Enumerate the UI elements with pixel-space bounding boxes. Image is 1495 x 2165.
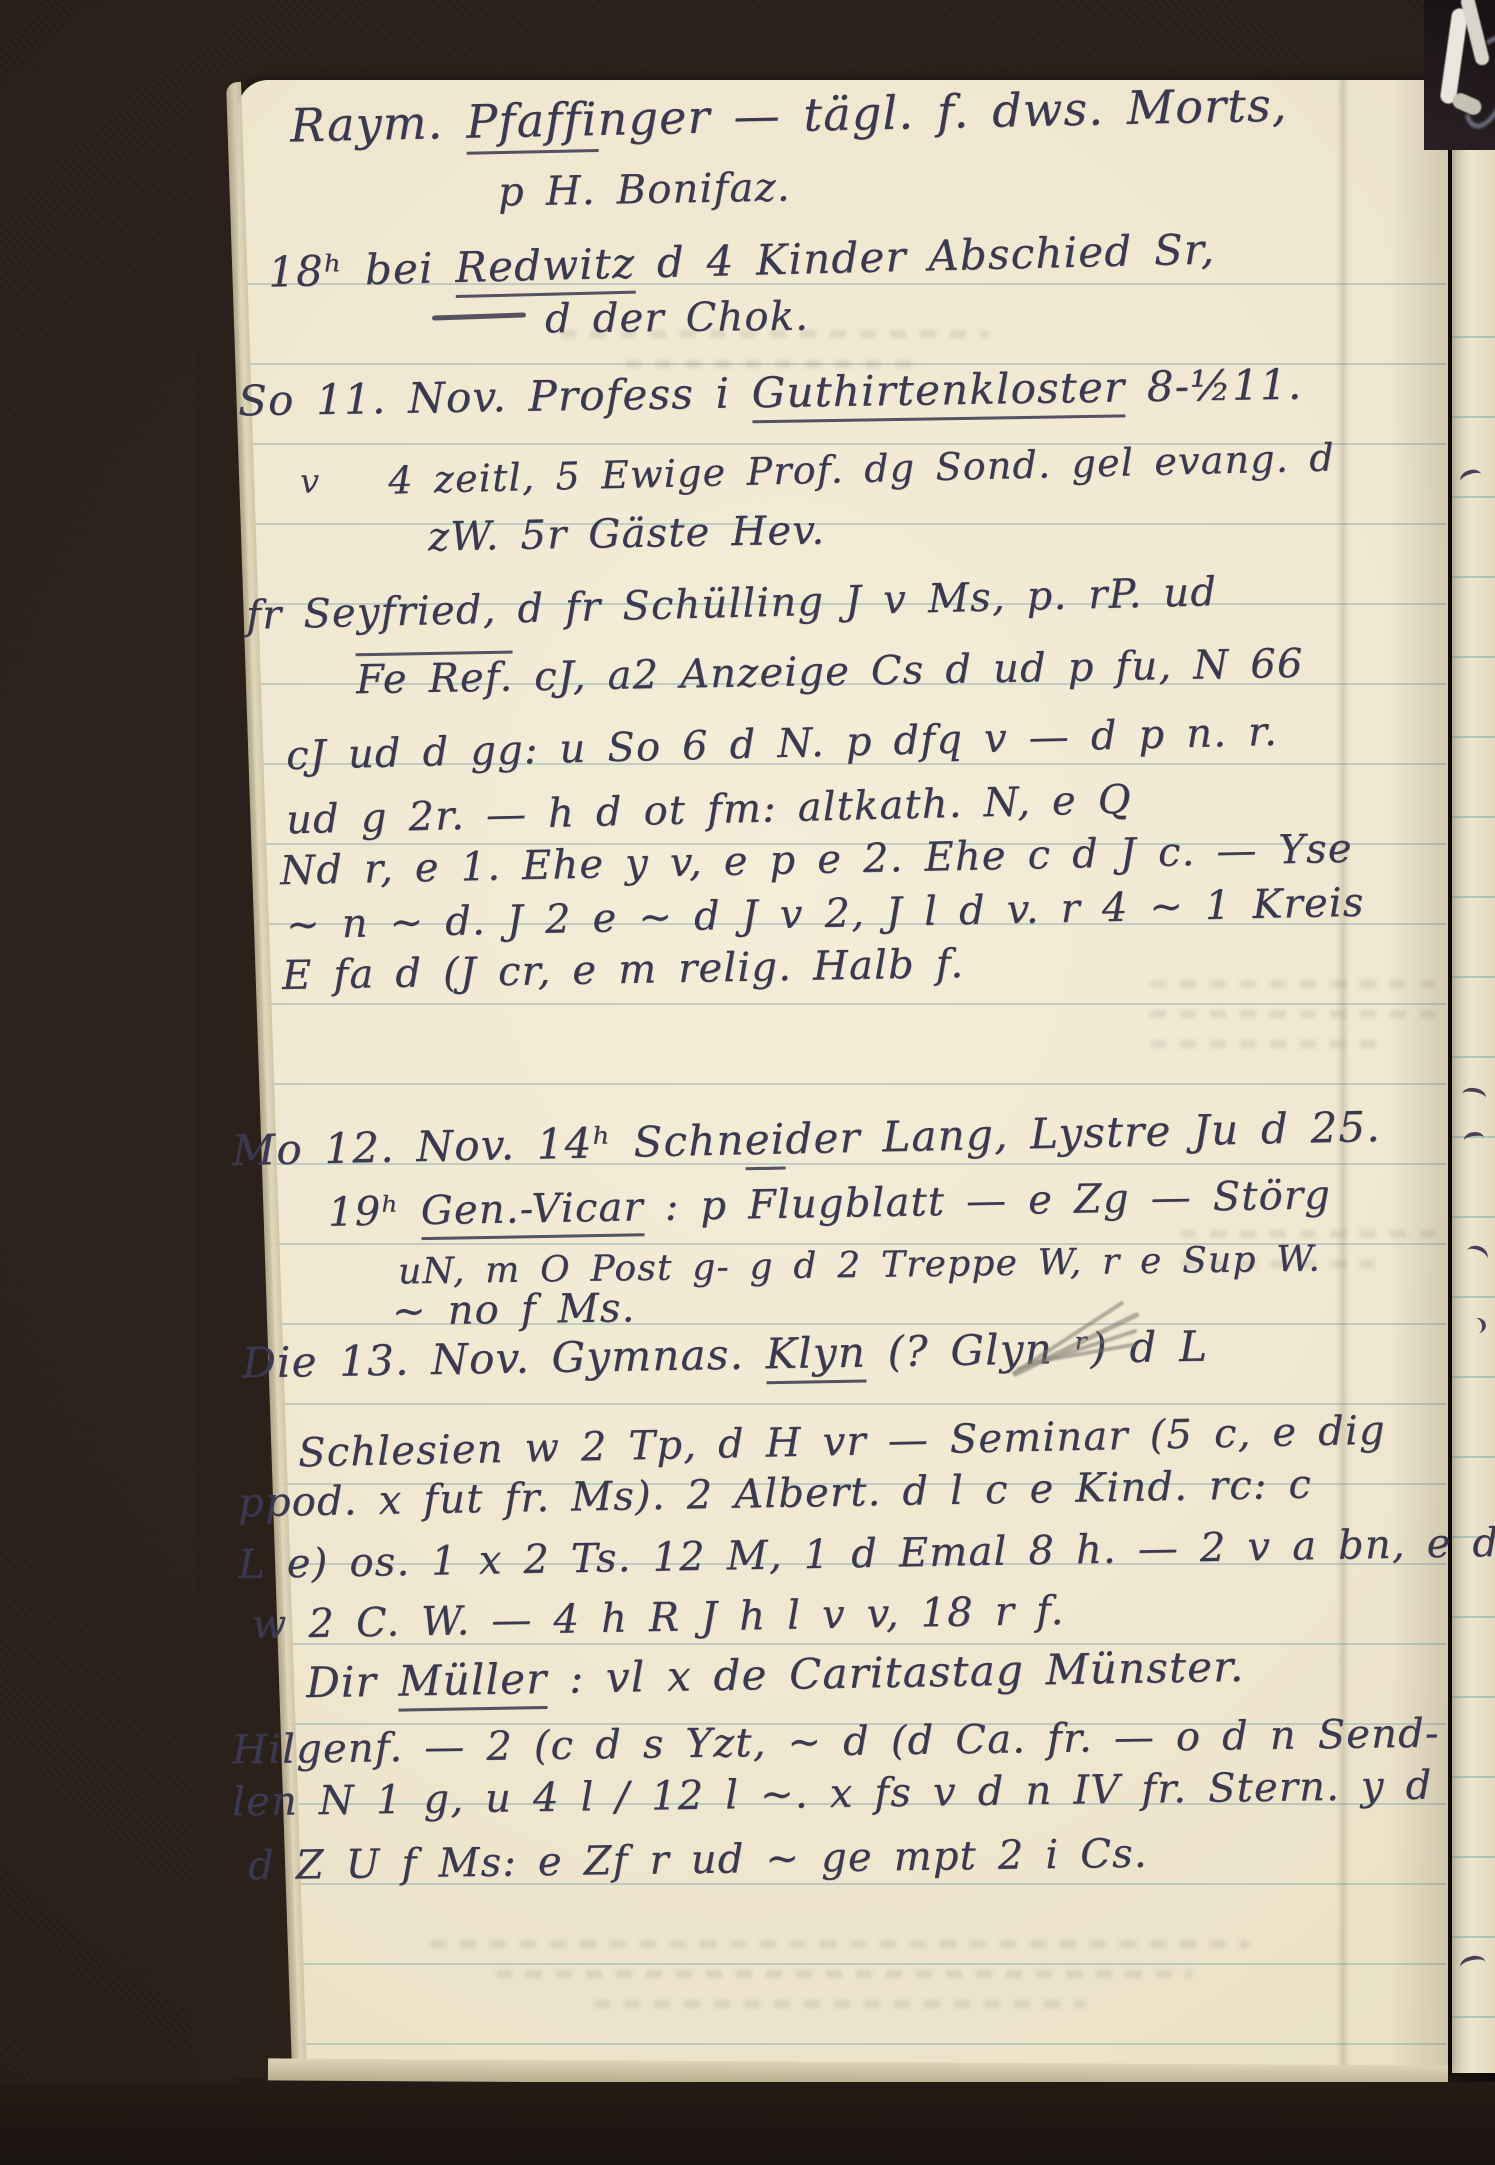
hw-text: ~ no f Ms. [392,1285,636,1334]
hw-text: 18ʰ bei [268,243,456,297]
hw-text: Die 13. Nov. Gymnas. [242,1329,766,1387]
handwriting-line: zW. 5r Gäste Hev. [428,511,826,558]
hw-overlined-text: Fe Ref. [356,651,514,707]
hw-underlined-text: Klyn [765,1328,866,1385]
pencil-scribble [1000,1312,1150,1376]
hw-text: 19ʰ [328,1188,422,1236]
handwriting-line: d der Chok. [545,297,809,340]
hw-underlined-text: Guthirtenkloster [751,362,1125,423]
hw-text: Dir [306,1657,399,1708]
hw-text: zW. 5r Gäste Hev. [428,508,826,561]
ink-bleed-through [430,1940,1250,2030]
facing-page-edge [1452,138,1495,2073]
facing-page-ruled-lines [1452,258,1495,2073]
handwriting-line: p H. Bonifaz. [498,167,791,212]
ink-bleed-through [1150,980,1440,1070]
hw-text: p H. Bonifaz. [498,164,791,215]
hw-underlined-text: Redwitz [455,239,636,298]
hw-text: d der Chok. [545,294,810,343]
cover-bottom-band [0,2082,1495,2165]
hw-underlined-text: Gen.-Vicar [420,1184,644,1240]
hw-text: 8-½11. [1125,360,1303,412]
margin-check-mark: v [300,462,319,502]
hw-underlined-text: Müller [398,1654,548,1712]
handwriting-line: E fa d (J cr, e m relig. Halb f. [282,944,965,996]
hw-text: Raym. [290,95,467,153]
hw-underlined-text: ei [744,1114,786,1170]
handwriting-line: d Z U f Ms: e Zf r ud ~ ge mpt 2 i Cs. [248,1834,1148,1887]
hw-underlined-text: Pfaffi [466,92,599,155]
handwriting-line: ~ no f Ms. [392,1288,636,1331]
hw-text: So 11. Nov. Profess i [238,368,752,425]
